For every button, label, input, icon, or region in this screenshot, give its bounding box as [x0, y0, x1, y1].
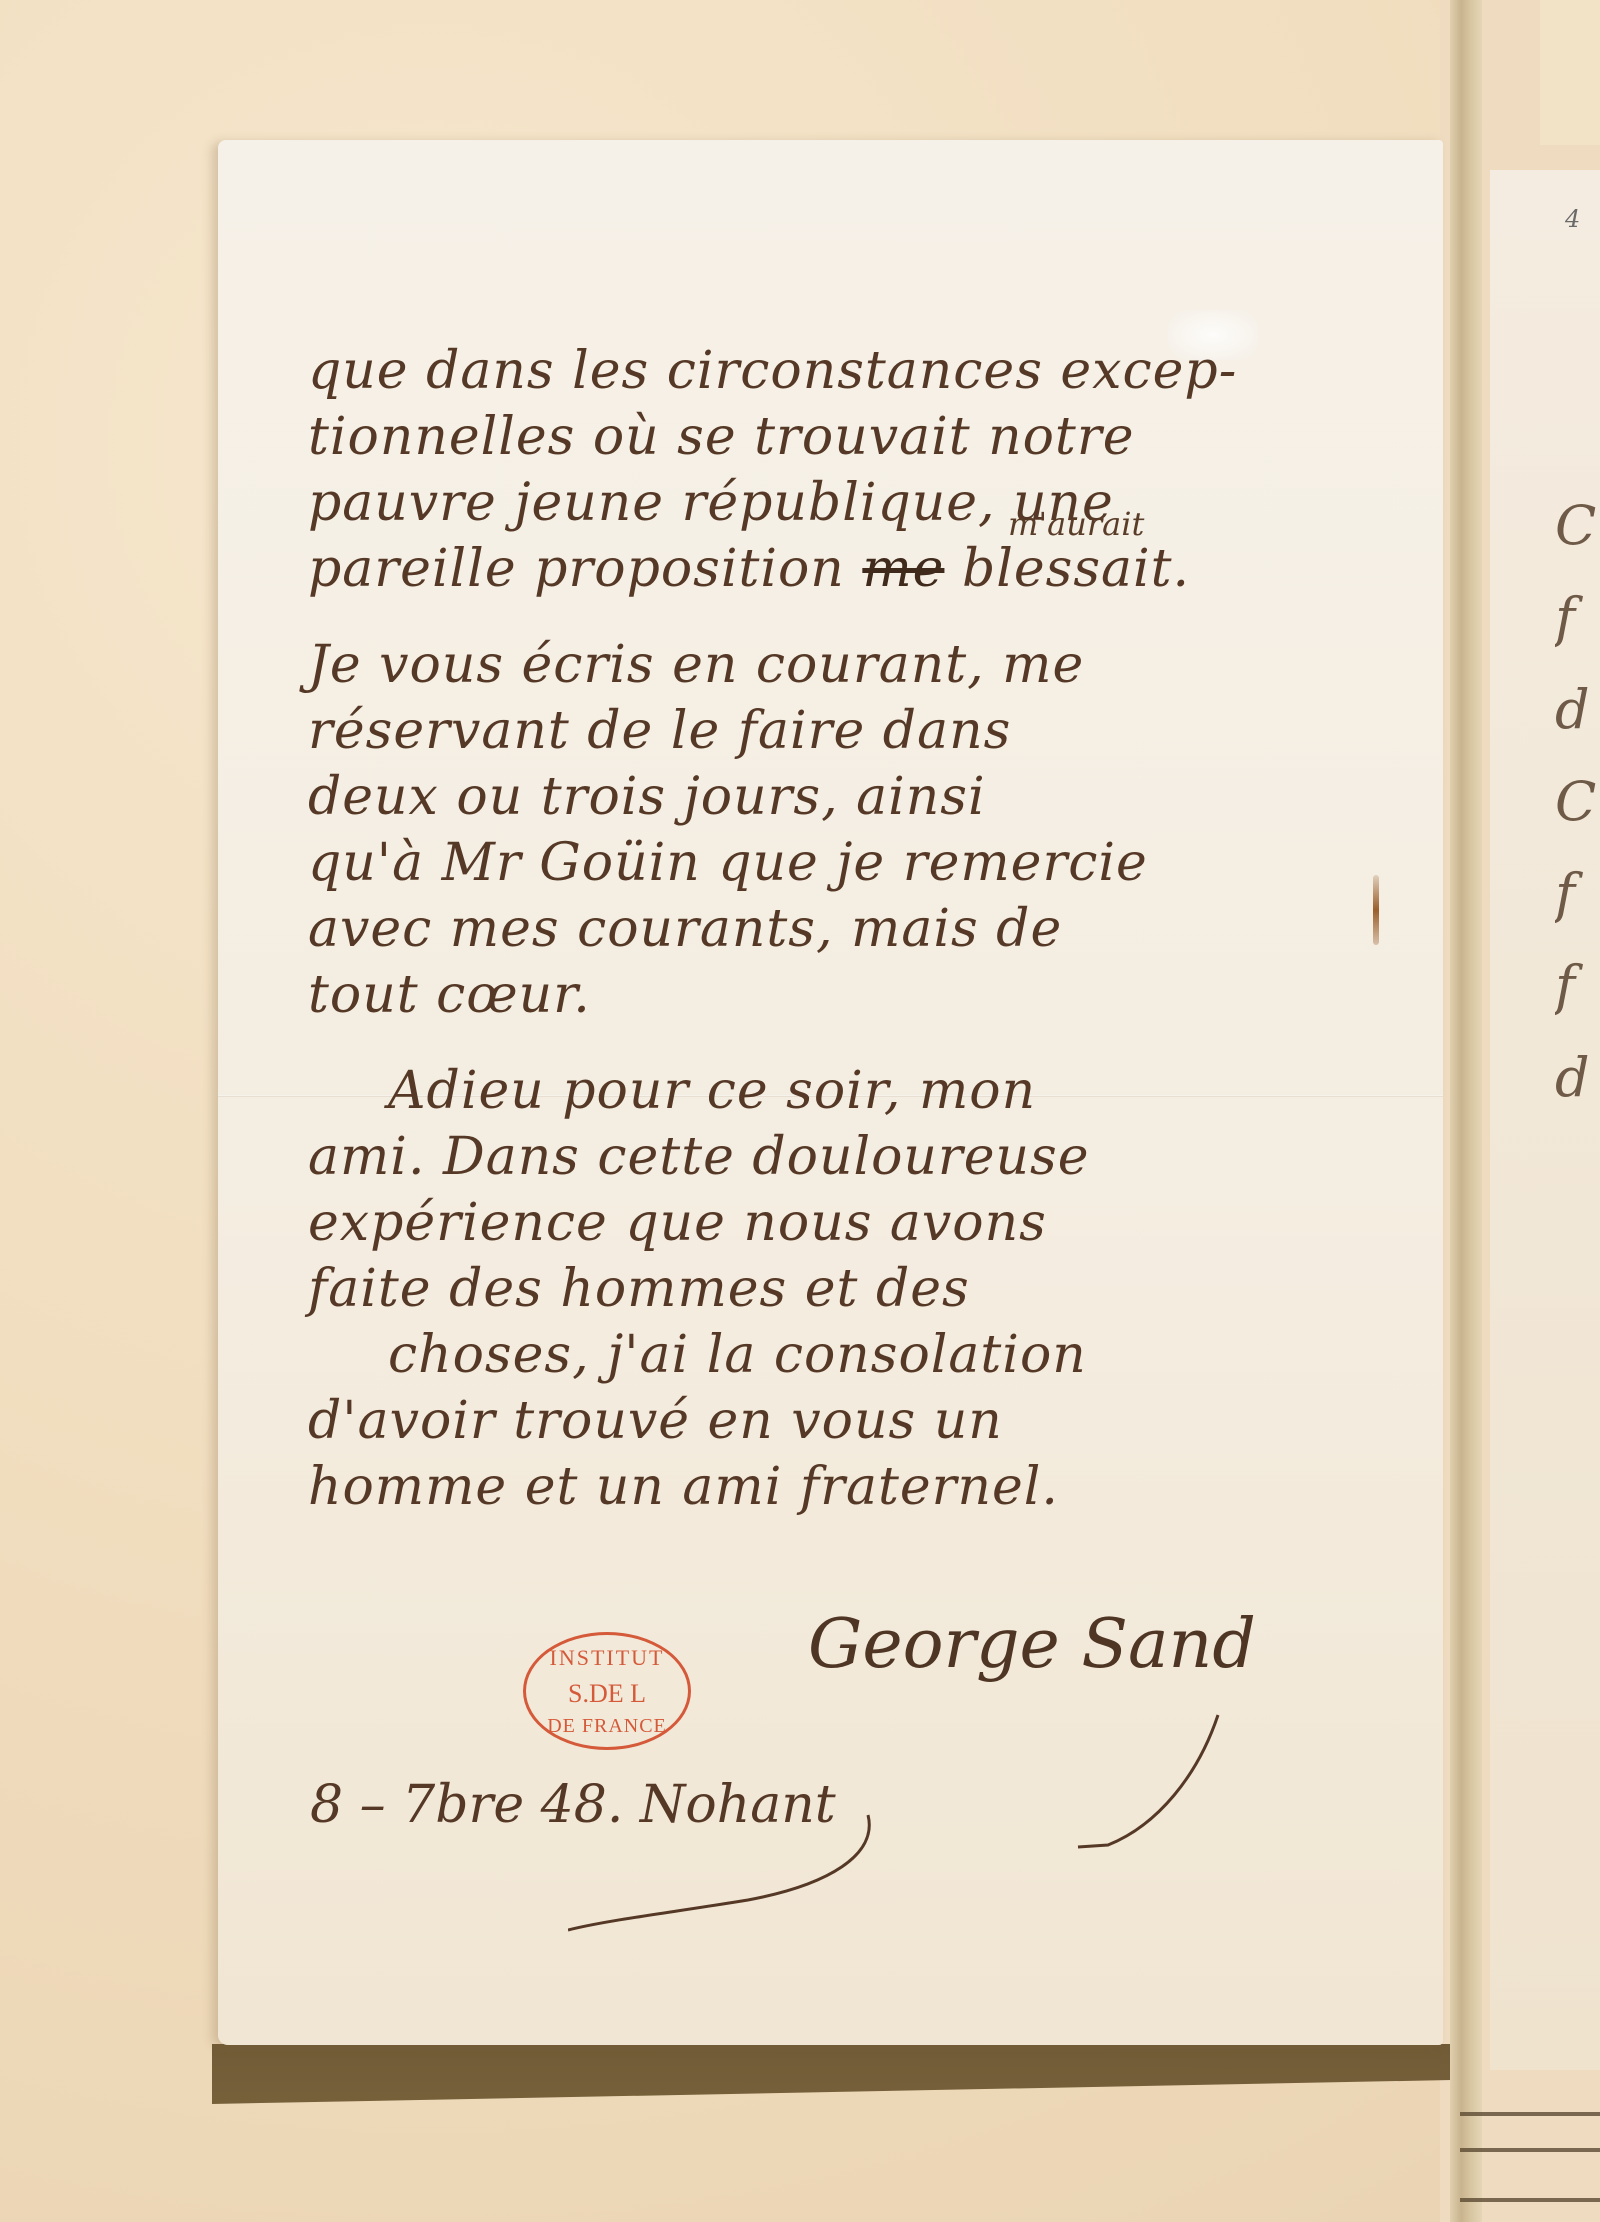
- letter-line: tout cœur.: [308, 969, 1388, 1035]
- letter-line: Je vous écris en courant, me: [308, 639, 1388, 705]
- letter-line: homme et un ami fraternel.: [308, 1461, 1388, 1527]
- adjacent-page-folio-mark: 4: [1565, 205, 1580, 233]
- struck-word: me: [862, 539, 944, 599]
- letter-line-with-correction: pareille proposition me blessait.: [308, 543, 1388, 609]
- date-underline-flourish-icon: [568, 1795, 908, 1935]
- stamp-middle-text: S.DE L: [526, 1679, 688, 1709]
- stamp-top-text: INSTITUT: [526, 1645, 688, 1671]
- letter-line: qu'à Mr Goüin que je remercie: [308, 837, 1388, 903]
- letter-line: tionnelles où se trouvait notre: [308, 411, 1388, 477]
- stacked-page-edge: [1460, 2112, 1600, 2116]
- album-spine: [1450, 0, 1482, 2222]
- signature: George Sand: [808, 1605, 1256, 1684]
- letter-line: pauvre jeune république, une: [308, 477, 1388, 543]
- letter-line: d'avoir trouvé en vous un: [308, 1395, 1388, 1461]
- text-fragment: blessait.: [944, 539, 1190, 599]
- letter-line: deux ou trois jours, ainsi: [308, 771, 1388, 837]
- adjacent-page-handwriting: CfdCffd: [1555, 480, 1600, 1124]
- stacked-page-edge: [1460, 2198, 1600, 2202]
- letter-page: m'aurait que dans les circonstances exce…: [218, 140, 1443, 2045]
- letter-line: réservant de le faire dans: [308, 705, 1388, 771]
- adjacent-page-top: [1540, 0, 1600, 145]
- letter-line: expérience que nous avons: [308, 1197, 1388, 1263]
- stamp-bottom-text: DE FRANCE: [526, 1715, 688, 1738]
- letter-line: que dans les circonstances excep-: [308, 345, 1388, 411]
- stacked-page-edge: [1460, 2148, 1600, 2152]
- inserted-correction: m'aurait: [1008, 505, 1144, 543]
- letter-line: Adieu pour ce soir, mon: [308, 1065, 1388, 1131]
- letter-body: m'aurait que dans les circonstances exce…: [308, 345, 1388, 1527]
- text-fragment: pareille proposition: [308, 539, 862, 599]
- institut-de-france-stamp: INSTITUT S.DE L DE FRANCE: [523, 1632, 691, 1750]
- letter-line: avec mes courants, mais de: [308, 903, 1388, 969]
- letter-line: faite des hommes et des: [308, 1263, 1388, 1329]
- letter-line: ami. Dans cette douloureuse: [308, 1131, 1388, 1197]
- letter-line: choses, j'ai la consolation: [308, 1329, 1388, 1395]
